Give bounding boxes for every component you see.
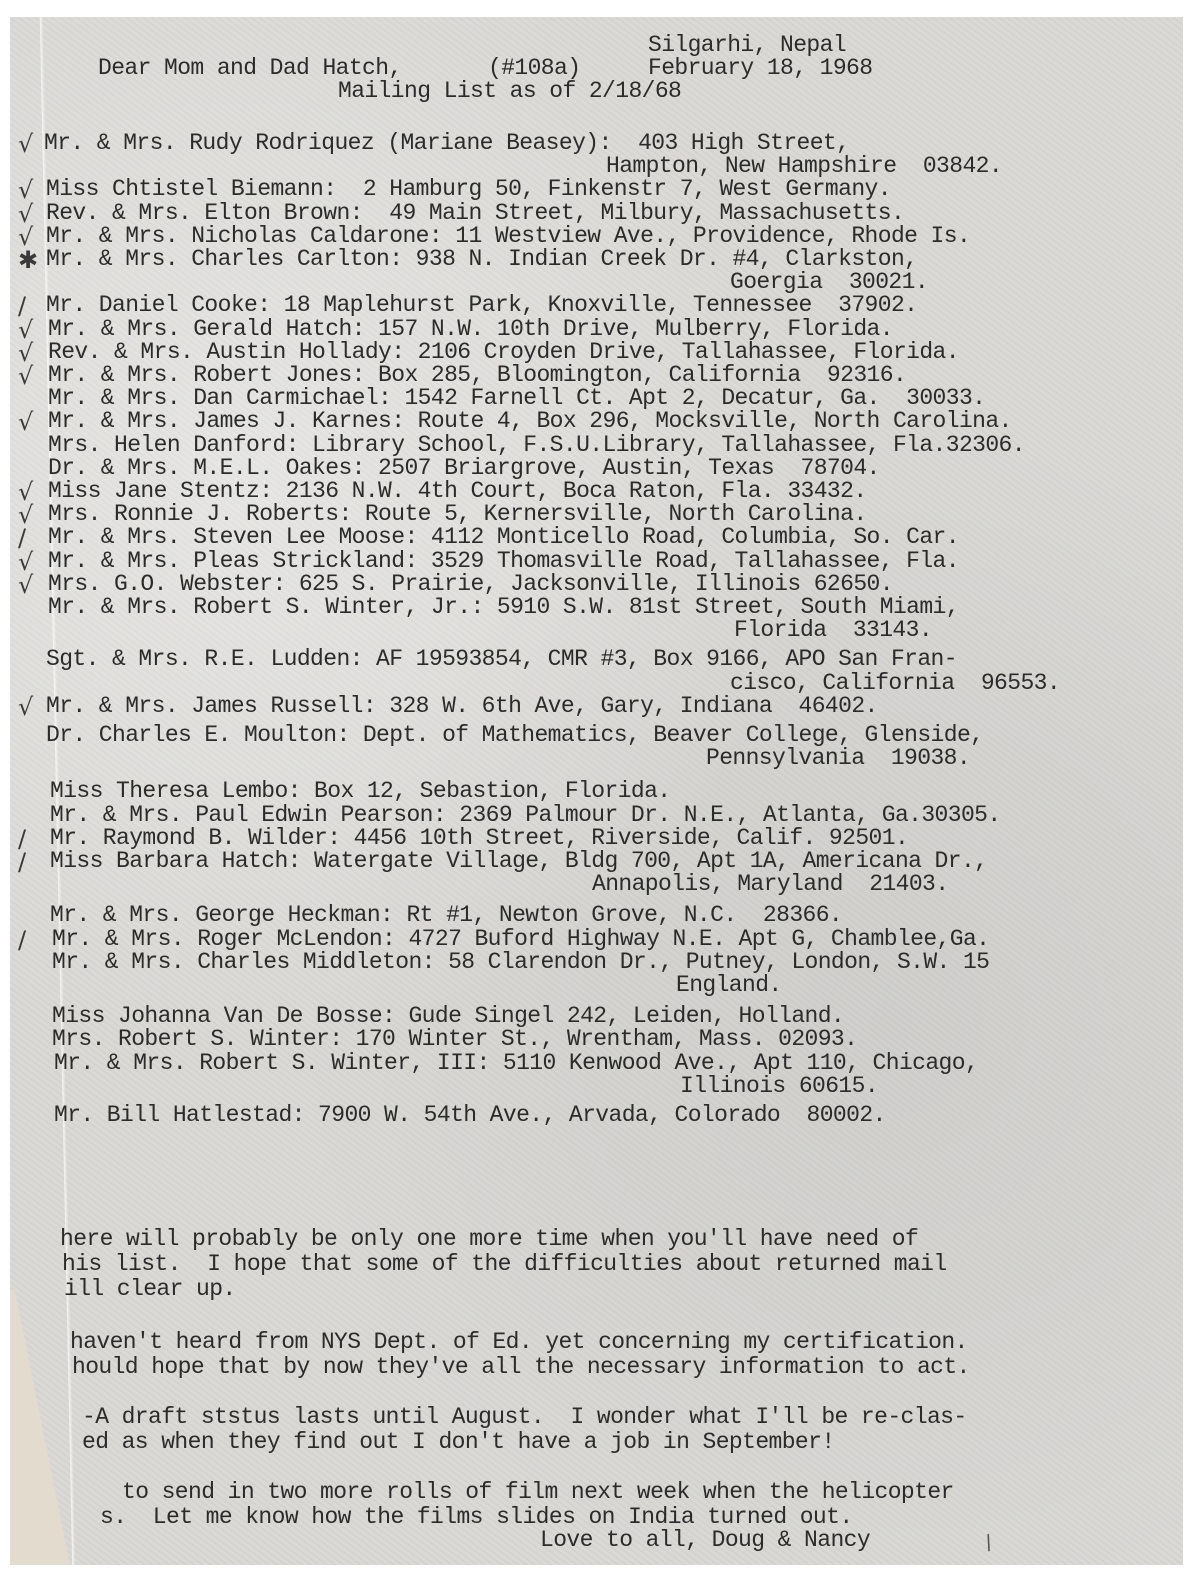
body-line: ill clear up.: [64, 1277, 236, 1301]
addressee-line: Miss Barbara Hatch: Watergate Village, B…: [50, 849, 987, 873]
checkmark-icon: √: [18, 178, 33, 202]
addressee-line: Mr. & Mrs. Charles Carlton: 938 N. India…: [46, 247, 917, 271]
addressee-line: Mr. Raymond B. Wilder: 4456 10th Street,…: [50, 826, 908, 850]
addressee-line: Mr. & Mrs. James Russell: 328 W. 6th Ave…: [46, 694, 878, 718]
addressee-line: Sgt. & Mrs. R.E. Ludden: AF 19593854, CM…: [46, 647, 957, 671]
addressee-line: Rev. & Mrs. Elton Brown: 49 Main Street,…: [46, 201, 904, 225]
addressee-line: Miss Chtistel Biemann: 2 Hamburg 50, Fin…: [46, 177, 891, 201]
checkmark-icon: √: [18, 410, 33, 434]
checkmark-icon: √: [18, 318, 33, 342]
slash-mark-icon: /: [18, 928, 26, 952]
addressee-line: Dr. Charles E. Moulton: Dept. of Mathema…: [46, 723, 983, 747]
addressee-line: Mr. & Mrs. Paul Edwin Pearson: 2369 Palm…: [50, 803, 1001, 827]
checkmark-icon: √: [18, 364, 33, 388]
asterisk-mark-icon: ✱: [18, 248, 38, 272]
checkmark-icon: √: [18, 573, 33, 597]
body-line: ed as when they find out I don't have a …: [82, 1430, 835, 1454]
body-line: here will probably be only one more time…: [60, 1227, 918, 1251]
salutation: Dear Mom and Dad Hatch,: [98, 56, 402, 80]
address-continuation: Hampton, New Hampshire 03842.: [606, 154, 1002, 178]
body-line: to send in two more rolls of film next w…: [122, 1480, 954, 1504]
body-line: haven't heard from NYS Dept. of Ed. yet …: [70, 1330, 968, 1354]
addressee-line: Mr. & Mrs. Pleas Strickland: 3529 Thomas…: [48, 549, 959, 573]
addressee-line: Mr. & Mrs. Steven Lee Moose: 4112 Montic…: [48, 525, 959, 549]
letter-date: February 18, 1968: [648, 56, 872, 80]
addressee-line: Mr. & Mrs. Dan Carmichael: 1542 Farnell …: [48, 386, 985, 410]
addressee-line: Mr. & Mrs. George Heckman: Rt #1, Newton…: [50, 903, 842, 927]
body-line: -A draft ststus lasts until August. I wo…: [82, 1405, 967, 1429]
slash-mark-icon: /: [18, 294, 26, 318]
slash-mark-icon: /: [18, 526, 26, 550]
body-line: his list. I hope that some of the diffic…: [62, 1252, 947, 1276]
addressee-line: Rev. & Mrs. Austin Hollady: 2106 Croyden…: [48, 340, 959, 364]
addressee-line: Mr. & Mrs. James J. Karnes: Route 4, Box…: [48, 409, 1012, 433]
address-continuation: Pennsylvania 19038.: [706, 746, 970, 770]
address-continuation: cisco, California 96553.: [730, 671, 1060, 695]
addressee-line: Mrs. G.O. Webster: 625 S. Prairie, Jacks…: [48, 572, 893, 596]
addressee-line: Miss Jane Stentz: 2136 N.W. 4th Court, B…: [48, 479, 867, 503]
checkmark-icon: √: [18, 202, 33, 226]
addressee-line: Mr. & Mrs. Roger McLendon: 4727 Buford H…: [52, 927, 989, 951]
address-continuation: Illinois 60615.: [680, 1074, 878, 1098]
address-continuation: Florida 33143.: [734, 618, 932, 642]
body-line: s. Let me know how the films slides on I…: [100, 1505, 853, 1529]
body-line: hould hope that by now they've all the n…: [72, 1355, 970, 1379]
addressee-line: Mrs. Helen Danford: Library School, F.S.…: [48, 433, 1025, 457]
checkmark-icon: √: [18, 132, 33, 156]
mailing-list-title: Mailing List as of 2/18/68: [338, 79, 681, 103]
addressee-line: Mrs. Robert S. Winter: 170 Winter St., W…: [52, 1027, 857, 1051]
addressee-line: Mr. Daniel Cooke: 18 Maplehurst Park, Kn…: [46, 293, 917, 317]
addressee-line: Mr. & Mrs. Robert S. Winter, Jr.: 5910 S…: [48, 595, 959, 619]
address-continuation: Goergia 30021.: [730, 270, 928, 294]
addressee-line: Mrs. Ronnie J. Roberts: Route 5, Kerners…: [48, 502, 867, 526]
address-continuation: Annapolis, Maryland 21403.: [592, 872, 948, 896]
addressee-line: Miss Theresa Lembo: Box 12, Sebastion, F…: [50, 779, 671, 803]
signoff: Love to all, Doug & Nancy: [540, 1528, 870, 1552]
address-continuation: England.: [676, 973, 782, 997]
addressee-line: Mr. & Mrs. Robert Jones: Box 285, Bloomi…: [48, 363, 906, 387]
checkmark-icon: √: [18, 695, 33, 719]
addressee-line: Mr. & Mrs. Robert S. Winter, III: 5110 K…: [54, 1051, 978, 1075]
addressee-line: Miss Johanna Van De Bosse: Gude Singel 2…: [52, 1004, 844, 1028]
addressee-line: Dr. & Mrs. M.E.L. Oakes: 2507 Briargrove…: [48, 456, 880, 480]
place-line: Silgarhi, Nepal: [648, 33, 846, 57]
addressee-line: Mr. Bill Hatlestad: 7900 W. 54th Ave., A…: [54, 1103, 886, 1127]
addressee-line: Mr. & Mrs. Nicholas Caldarone: 11 Westvi…: [46, 224, 970, 248]
addressee-line: Mr. & Mrs. Charles Middleton: 58 Clarend…: [52, 950, 989, 974]
addressee-line: Mr. & Mrs. Gerald Hatch: 157 N.W. 10th D…: [48, 317, 893, 341]
checkmark-icon: √: [18, 550, 33, 574]
letter-number: (#108a): [488, 56, 580, 80]
addressee-line: Mr. & Mrs. Rudy Rodriquez (Mariane Bease…: [44, 131, 849, 155]
slash-mark-icon: /: [18, 850, 26, 874]
